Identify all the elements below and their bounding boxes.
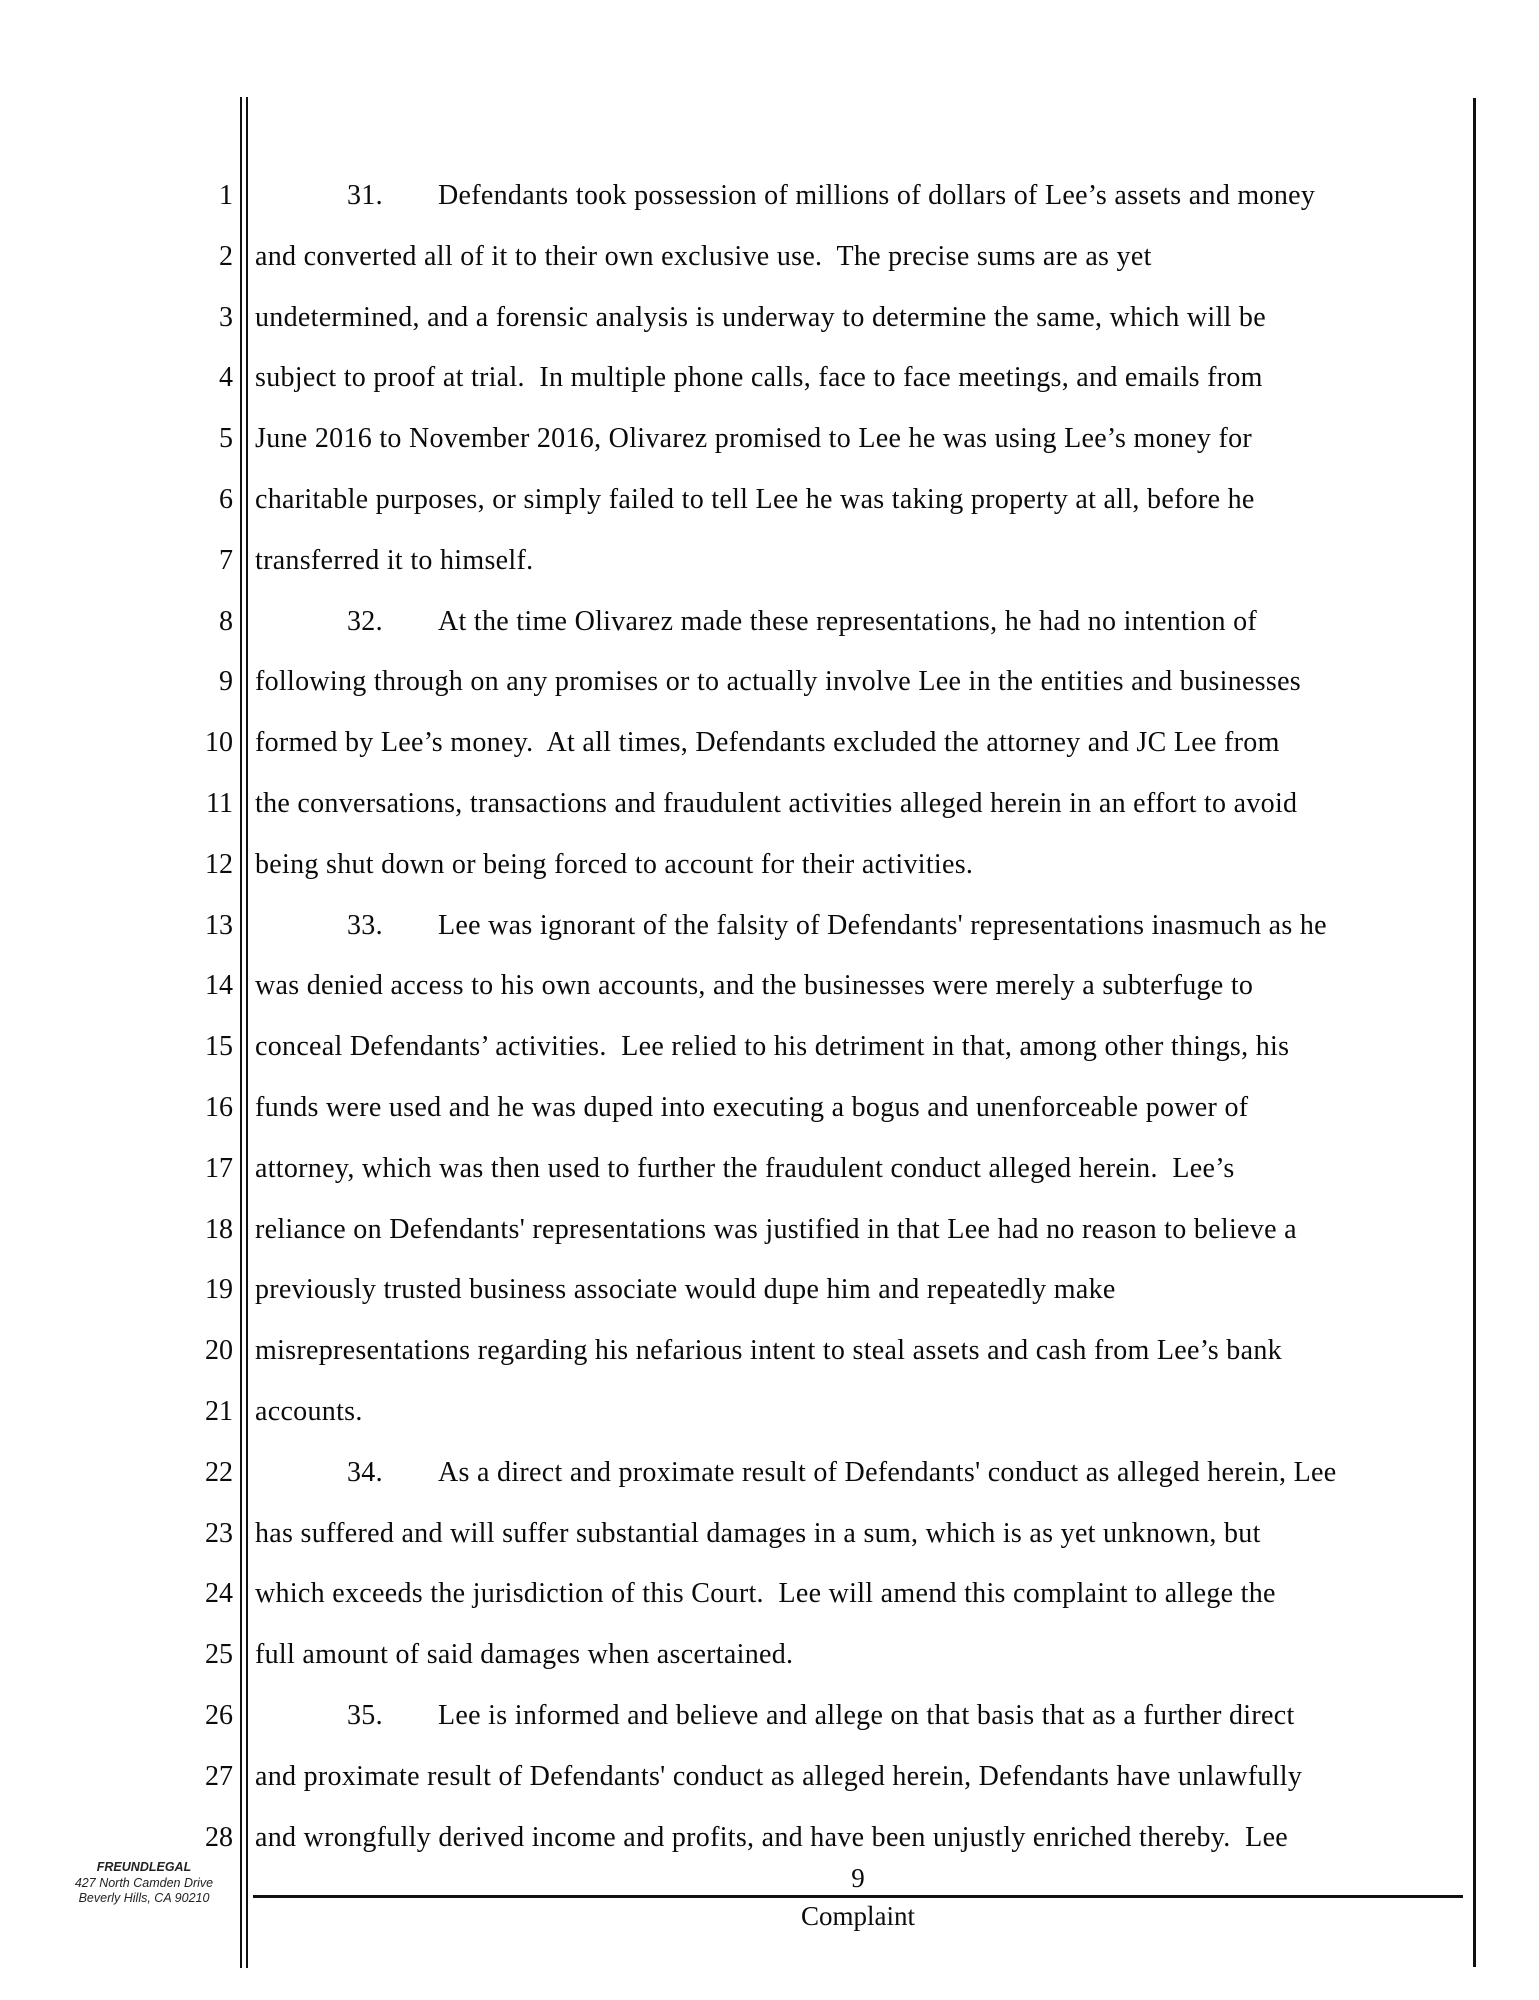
paragraph-number: 35.: [347, 1686, 438, 1747]
body-line: and converted all of it to their own exc…: [255, 227, 1490, 288]
line-number: 20: [130, 1321, 233, 1382]
line-number: 22: [130, 1443, 233, 1504]
body-line: the conversations, transactions and frau…: [255, 774, 1490, 835]
body-line: was denied access to his own accounts, a…: [255, 956, 1490, 1017]
document-title: Complaint: [253, 1900, 1463, 1932]
page-footer: 9 Complaint: [253, 1862, 1463, 1932]
line-number: 12: [130, 835, 233, 896]
body-line: accounts.: [255, 1382, 1490, 1443]
body-line: conceal Defendants’ activities. Lee reli…: [255, 1017, 1490, 1078]
line-number: 25: [130, 1625, 233, 1686]
page-number: 9: [253, 1862, 1463, 1894]
body-line: being shut down or being forced to accou…: [255, 835, 1490, 896]
body-line: undetermined, and a forensic analysis is…: [255, 288, 1490, 349]
body-line: and proximate result of Defendants' cond…: [255, 1747, 1490, 1808]
line-number: 27: [130, 1747, 233, 1808]
line-number: 9: [130, 652, 233, 713]
line-number: 18: [130, 1200, 233, 1261]
line-number: 10: [130, 713, 233, 774]
left-margin-double-rule: [240, 97, 248, 1968]
line-number: 4: [130, 348, 233, 409]
paragraph-number: 33.: [347, 896, 438, 957]
line-number: 1: [130, 166, 233, 227]
body-line: 34.As a direct and proximate result of D…: [255, 1443, 1490, 1504]
law-firm-name: FREUNDLEGAL: [48, 1860, 240, 1876]
law-firm-city: Beverly Hills, CA 90210: [48, 1891, 240, 1907]
line-number: 6: [130, 470, 233, 531]
line-number: 5: [130, 409, 233, 470]
body-line: attorney, which was then used to further…: [255, 1139, 1490, 1200]
footer-divider-line: [253, 1895, 1463, 1898]
body-line: transferred it to himself.: [255, 531, 1490, 592]
line-number: 3: [130, 288, 233, 349]
body-line: reliance on Defendants' representations …: [255, 1200, 1490, 1261]
law-firm-street: 427 North Camden Drive: [48, 1876, 240, 1892]
line-number: 2: [130, 227, 233, 288]
body-line: which exceeds the jurisdiction of this C…: [255, 1564, 1490, 1625]
body-line: and wrongfully derived income and profit…: [255, 1808, 1490, 1869]
body-line: following through on any promises or to …: [255, 652, 1490, 713]
line-number: 11: [130, 774, 233, 835]
body-line: full amount of said damages when ascerta…: [255, 1625, 1490, 1686]
line-number: 24: [130, 1564, 233, 1625]
legal-document-page: 1234567891011121314151617181920212223242…: [0, 0, 1539, 2000]
line-number: 7: [130, 531, 233, 592]
body-line: has suffered and will suffer substantial…: [255, 1504, 1490, 1565]
line-number: 15: [130, 1017, 233, 1078]
line-number: 8: [130, 592, 233, 653]
body-line: misrepresentations regarding his nefario…: [255, 1321, 1490, 1382]
paragraph-number: 34.: [347, 1443, 438, 1504]
line-number: 17: [130, 1139, 233, 1200]
body-line: charitable purposes, or simply failed to…: [255, 470, 1490, 531]
body-line: 31.Defendants took possession of million…: [255, 166, 1490, 227]
line-number: 14: [130, 956, 233, 1017]
body-line: 35.Lee is informed and believe and alleg…: [255, 1686, 1490, 1747]
body-line: previously trusted business associate wo…: [255, 1260, 1490, 1321]
body-line: subject to proof at trial. In multiple p…: [255, 348, 1490, 409]
line-number: 26: [130, 1686, 233, 1747]
attorney-address-block: FREUNDLEGAL 427 North Camden Drive Bever…: [48, 1860, 240, 1907]
line-number-column: 1234567891011121314151617181920212223242…: [130, 166, 233, 1868]
line-number: 16: [130, 1078, 233, 1139]
line-number: 13: [130, 896, 233, 957]
paragraph-number: 31.: [347, 166, 438, 227]
body-text-column: 31.Defendants took possession of million…: [255, 166, 1490, 1868]
body-line: funds were used and he was duped into ex…: [255, 1078, 1490, 1139]
body-line: 32.At the time Olivarez made these repre…: [255, 592, 1490, 653]
line-number: 19: [130, 1260, 233, 1321]
body-line: formed by Lee’s money. At all times, Def…: [255, 713, 1490, 774]
paragraph-number: 32.: [347, 592, 438, 653]
body-line: June 2016 to November 2016, Olivarez pro…: [255, 409, 1490, 470]
body-line: 33.Lee was ignorant of the falsity of De…: [255, 896, 1490, 957]
line-number: 23: [130, 1504, 233, 1565]
line-number: 21: [130, 1382, 233, 1443]
